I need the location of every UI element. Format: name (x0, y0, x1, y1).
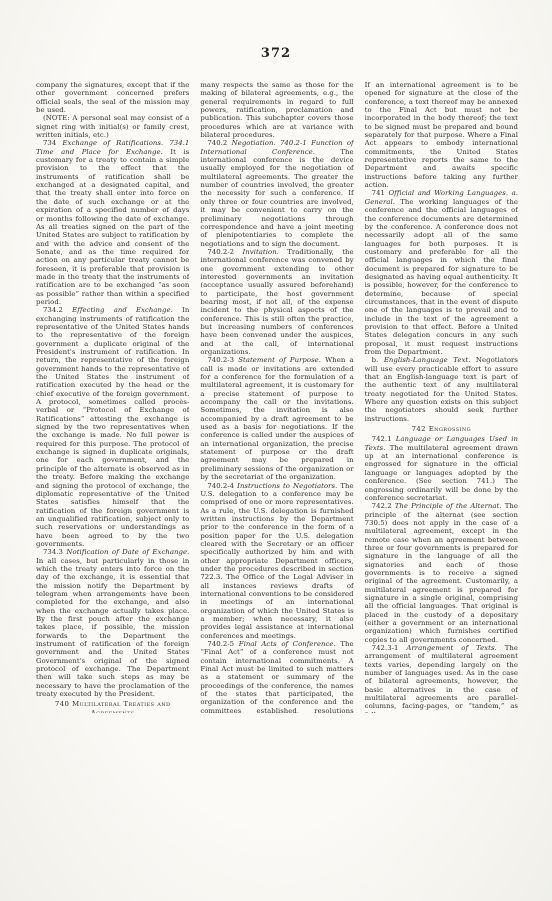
section-title: Notification of Date of Exchange. (66, 548, 189, 556)
section-number: 741 (372, 189, 385, 197)
section-number: 734 (43, 139, 56, 147)
paragraph-text: many respects the same as those for the … (200, 81, 353, 139)
paragraph: 741 Official and Working Languages. a. G… (365, 189, 518, 356)
paragraph-text: It is customary for a treaty to contain … (36, 148, 189, 306)
paragraph: 740.2-3 Statement of Purpose. When a cal… (200, 356, 353, 481)
section-number: 742.2 (372, 502, 392, 510)
paragraph-text: Traditionally, the international confere… (200, 248, 353, 356)
paragraph: 734 Exchange of Ratifications. 734.1 Tim… (36, 139, 189, 306)
paragraph-text: When a call is made or invitations are e… (200, 356, 353, 481)
paragraph: 742.2 The Principle of the Alternat. The… (365, 502, 518, 644)
paragraph-text: In all cases, but particularly in those … (36, 557, 189, 699)
section-number: 742.3-1 (372, 644, 399, 652)
paragraph-text: The international conference is the devi… (200, 148, 353, 248)
section-heading: 740 Multilateral Treaties and Agreements (42, 700, 183, 713)
paragraph: 734.2 Effecting and Exchange. In exchang… (36, 306, 189, 548)
paragraph-text: company the signatures, except that if t… (36, 81, 189, 114)
column-left: company the signatures, except that if t… (36, 81, 189, 713)
section-number: 740.2-3 (207, 356, 234, 364)
section-title: Final Acts of Conference. (239, 640, 336, 648)
section-number: b. (372, 356, 379, 364)
section-title: Effecting and Exchange. (72, 306, 173, 314)
paragraph-text: In exchanging instruments of ratificatio… (36, 306, 189, 548)
section-number: 742.1 (372, 435, 392, 443)
paragraph: b. English-Language Text. Negotiators wi… (365, 356, 518, 423)
paragraph-text: (NOTE: A personal seal may consist of a … (36, 114, 189, 139)
paragraph: If an international agreement is to be o… (365, 81, 518, 189)
paragraph-text: The principle of the alternat (see secti… (365, 502, 518, 644)
paragraph: 742.1 Language or Languages Used in Text… (365, 435, 518, 502)
section-number: 734.3 (43, 548, 63, 556)
paragraph: many respects the same as those for the … (200, 81, 353, 139)
paragraph: 740.2-4 Instructions to Negotiators. The… (200, 482, 353, 641)
paragraph: company the signatures, except that if t… (36, 81, 189, 114)
paragraph-text: The U.S. delegation to a conference may … (200, 482, 353, 640)
paragraph-text: The arrangement of multilateral agreemen… (365, 644, 518, 713)
section-number: 740.2-5 (207, 640, 234, 648)
section-number: 740.2-4 (207, 482, 234, 490)
paragraph-text: The multilateral agreement drawn up at a… (365, 444, 518, 502)
text-columns: company the signatures, except that if t… (0, 61, 552, 713)
scanned-document-page: 372 company the signatures, except that … (0, 0, 552, 901)
section-number: 740.2 (207, 139, 227, 147)
section-title: The Principle of the Alternat. (395, 502, 502, 510)
section-title: Instructions to Negotiators. (237, 482, 337, 490)
paragraph-text: The “Final Act” of a conference must not… (200, 640, 353, 713)
section-title: Arrangement of Texts. (406, 644, 496, 652)
column-middle: many respects the same as those for the … (200, 81, 353, 713)
column-right: If an international agreement is to be o… (365, 81, 518, 713)
note-paragraph: (NOTE: A personal seal may consist of a … (36, 114, 189, 139)
paragraph: 734.3 Notification of Date of Exchange. … (36, 548, 189, 698)
section-heading: 742 Engrossing (371, 425, 512, 433)
paragraph-text: If an international agreement is to be o… (365, 81, 518, 189)
section-title: Exchange of Ratifications. 734.1 Time an… (36, 139, 189, 155)
paragraph: 740.2 Negotiation. 740.2-1 Function of I… (200, 139, 353, 247)
paragraph-text: Negotiators will use every practicable e… (365, 356, 518, 422)
section-title: Statement of Purpose. (238, 356, 321, 364)
paragraph: 740.2-2 Invitation. Traditionally, the i… (200, 248, 353, 356)
section-number: 734.2 (43, 306, 63, 314)
section-title: English-Language Text. (384, 356, 471, 364)
section-title: Invitation. (242, 248, 278, 256)
page-number: 372 (0, 0, 552, 61)
section-number: 740.2-2 (207, 248, 234, 256)
paragraph: 740.2-5 Final Acts of Conference. The “F… (200, 640, 353, 713)
paragraph: 742.3-1 Arrangement of Texts. The arrang… (365, 644, 518, 713)
paragraph-text: The working languages of the conference … (365, 198, 518, 356)
